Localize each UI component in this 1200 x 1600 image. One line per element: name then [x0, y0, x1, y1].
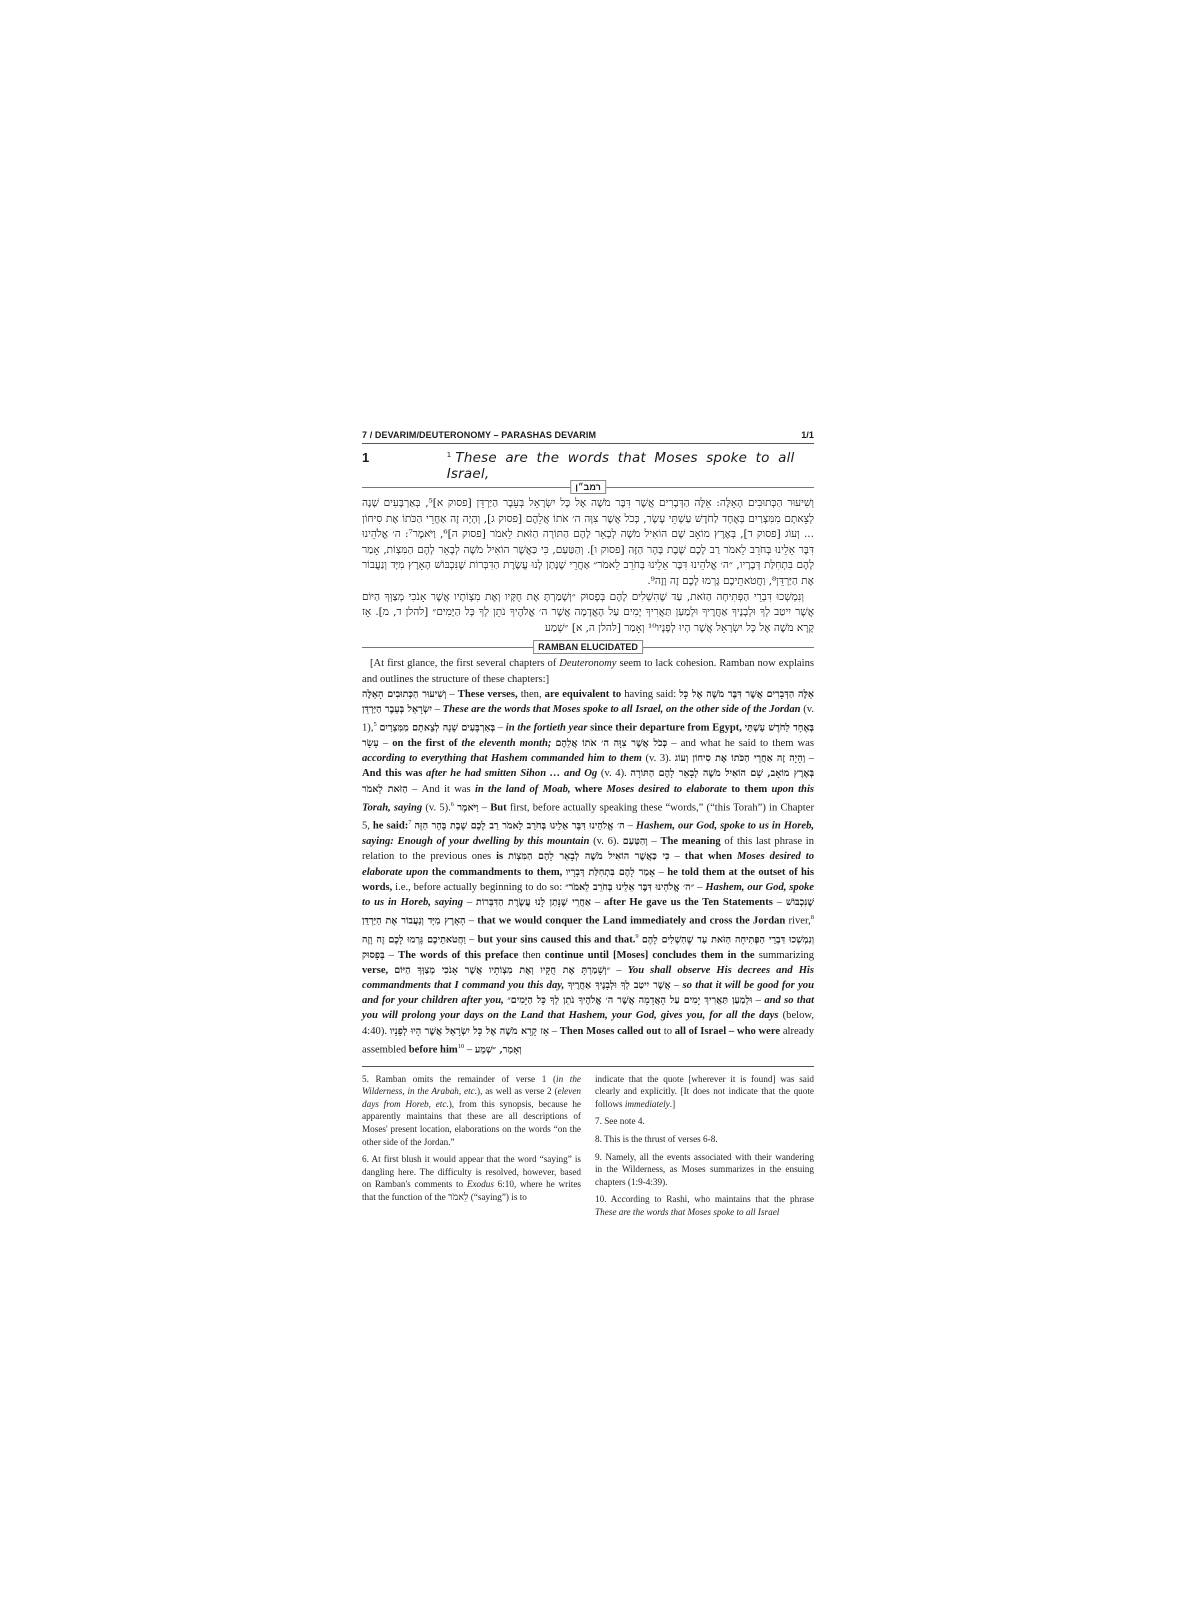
- verse-text: 1These are the words that Moses spoke to…: [447, 450, 814, 482]
- footnote-6-continued: indicate that the quote [wherever it is …: [595, 1073, 814, 1111]
- verse-translation: These are the words that Moses spoke to …: [447, 450, 795, 482]
- verse-line: 1 1These are the words that Moses spoke …: [362, 450, 814, 476]
- footnote-7: 7. See note 4.: [595, 1115, 814, 1128]
- ramban-paragraph: וְשִׁיעוּר הַכְּתוּבִים הָאֵלֶּה: אֵלֶּה…: [362, 496, 814, 590]
- ramban-label: רמב״ן: [570, 480, 606, 494]
- elucidated-label: RAMBAN ELUCIDATED: [533, 640, 643, 654]
- chapter-number: 1: [362, 450, 447, 465]
- footnotes-left-column: 5. Ramban omits the remainder of verse 1…: [362, 1073, 581, 1224]
- running-head: 7 / DEVARIM/DEUTERONOMY – PARASHAS DEVAR…: [362, 430, 814, 444]
- footnotes-right-column: indicate that the quote [wherever it is …: [595, 1073, 814, 1224]
- footnotes: 5. Ramban omits the remainder of verse 1…: [362, 1073, 814, 1224]
- footnote-ref[interactable]: 9: [635, 933, 638, 940]
- footnote-10: 10. According to Rashi, who maintains th…: [595, 1193, 814, 1218]
- footnote-ref[interactable]: 8: [811, 914, 814, 921]
- elucidated-divider: RAMBAN ELUCIDATED: [362, 640, 814, 654]
- ramban-paragraph: וְנִמְשְׁכוּ דִּבְרֵי הַפְּתִיחָה הַזֹּא…: [362, 590, 814, 637]
- footnote-6: 6. At first blush it would appear that t…: [362, 1153, 581, 1204]
- ramban-hebrew-text: וְשִׁיעוּר הַכְּתוּבִים הָאֵלֶּה: אֵלֶּה…: [362, 496, 814, 636]
- footnote-ref[interactable]: 7: [408, 819, 411, 826]
- footnote-5: 5. Ramban omits the remainder of verse 1…: [362, 1073, 581, 1149]
- book-page: 7 / DEVARIM/DEUTERONOMY – PARASHAS DEVAR…: [362, 430, 814, 1224]
- running-title: 7 / DEVARIM/DEUTERONOMY – PARASHAS DEVAR…: [362, 430, 596, 440]
- elucidation-intro: [At first glance, the first several chap…: [362, 656, 814, 686]
- footnote-ref[interactable]: 10: [458, 1043, 465, 1050]
- footnote-ref[interactable]: 6: [451, 801, 454, 808]
- footnote-ref[interactable]: 5: [373, 721, 376, 728]
- footnotes-divider: [362, 1066, 814, 1067]
- ramban-divider: רמב״ן: [362, 480, 814, 494]
- elucidation-body: וְשִׁיעוּר הַכְּתוּבִים הָאֵלֶּה – These…: [362, 687, 814, 1058]
- elucidation-text: [At first glance, the first several chap…: [362, 656, 814, 1057]
- footnote-9: 9. Namely, all the events associated wit…: [595, 1151, 814, 1189]
- page-ref: 1/1: [801, 430, 814, 440]
- verse-number: 1: [447, 451, 452, 459]
- footnote-8: 8. This is the thrust of verses 6-8.: [595, 1133, 814, 1146]
